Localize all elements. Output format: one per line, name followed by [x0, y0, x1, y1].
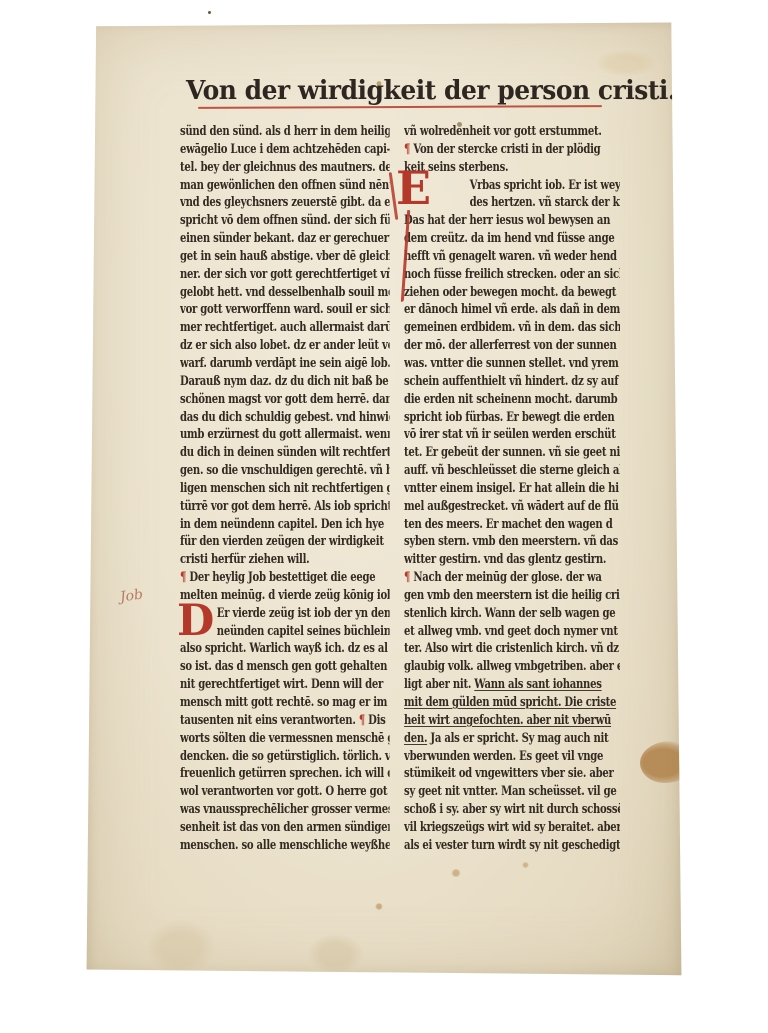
text-line: umb erzürnest du gott allermaist. wenn — [180, 425, 390, 443]
stain — [375, 903, 383, 910]
text-line: tel. bey der gleichnus des mautners. den — [180, 158, 390, 176]
text-line: worts sölten die vermessnen menschē ge — [180, 729, 390, 747]
text-line: glaubig volk. allweg vmbgetriben. aber e — [404, 657, 620, 675]
text-line: sy geet nit vntter. Man scheüsset. vil g… — [404, 782, 620, 800]
text-line: cristi herfür ziehen will. — [180, 550, 390, 568]
text-line: warf. darumb verdāpt ine sein aigē lob. — [180, 354, 390, 372]
text-line: spricht iob fürbas. Er bewegt die erden — [404, 408, 620, 426]
text-line: das du dich schuldig gebest. vnd hinwid — [180, 408, 390, 426]
text-line: den. Ja als er spricht. Sy mag auch nit — [404, 729, 620, 747]
text-line: gen vmb den meerstern ist die heilig cri — [404, 586, 620, 604]
text-line: tet. Er gebeüt der sunnen. vñ sie geet n… — [404, 443, 620, 461]
text-line: get in sein hauß abstige. vber dē gleich… — [180, 247, 390, 265]
text-line: stümikeit od vngewitters vber sie. aber — [404, 764, 620, 782]
text-column-right: vñ wolredenheit vor gott erstummet.¶ Von… — [404, 122, 620, 854]
text-line: einen sünder bekant. daz er gerechuerti- — [180, 229, 390, 247]
text-line: ¶ Nach der meinūg der glose. der wa — [404, 568, 620, 586]
text-line: hefft vñ genagelt waren. vñ weder hend — [404, 247, 620, 265]
stain — [146, 920, 216, 975]
text-line: ter. Also wirt die cristenlich kirch. vñ… — [404, 639, 620, 657]
text-line: mensch mitt gott rechtē. so mag er im vō — [180, 693, 390, 711]
text-line: du dich in deinen sünden wilt rechtferti — [180, 443, 390, 461]
text-line: als ei vester turn wirdt sy nit geschedi… — [404, 836, 620, 854]
text-line: noch füsse freilich strecken. oder an si… — [404, 265, 620, 283]
stain — [522, 862, 529, 868]
text-line: menschen. so alle menschliche weyßheit — [180, 836, 390, 854]
text-line: ¶ Der heylig Job bestettiget die eege — [180, 568, 390, 586]
text-line: witter gestirn. vnd das glentz gestirn. — [404, 550, 620, 568]
text-line: nit gerechtfertiget wirt. Denn will der — [180, 675, 390, 693]
text-line: so ist. das d mensch gen gott gehalten — [180, 657, 390, 675]
text-line: mer rechtfertiget. auch allermaist darūb… — [180, 318, 390, 336]
text-line: ten des meers. Er machet den wagen d — [404, 515, 620, 533]
text-line: wol verantworten vor gott. O herre got — [180, 782, 390, 800]
text-line: was. vntter die sunnen stellet. vnd yrem — [404, 354, 620, 372]
text-line: schoß i sy. aber sy wirt nit durch schos… — [404, 800, 620, 818]
paragraph-mark: ¶ — [404, 569, 410, 584]
text-line: dem creütz. da im hend vnd füsse ange — [404, 229, 620, 247]
text-line: tausenten nit eins verantworten. ¶ Dis — [180, 711, 390, 729]
text-line: freuenlich getürren sprechen. ich will d… — [180, 764, 390, 782]
text-line: syben stern. vmb den meerstern. vñ das — [404, 532, 620, 550]
text-line: die erden nit scheinenn mocht. darumb — [404, 390, 620, 408]
text-line: stenlich kirch. Wann der selb wagen ge — [404, 604, 620, 622]
text-line: in dem neündenn capitel. Den ich hye — [180, 515, 390, 533]
text-line: Vrbas spricht iob. Er ist weyse — [404, 176, 620, 194]
text-line: Das hat der herr iesus wol bewysen an — [404, 211, 620, 229]
text-line: ewāgelio Luce i dem achtzehēden capi- — [180, 140, 390, 158]
incunabulum-page: Von der wirdigkeit der person cristi. sü… — [86, 22, 682, 980]
text-line: Darauß nym daz. dz du dich nit baß be — [180, 372, 390, 390]
text-line: dencken. die so getürstiglich. törlich. … — [180, 747, 390, 765]
text-line: des hertzen. vñ starck der krefft. — [404, 193, 620, 211]
text-line: für den vierden zeügen der wirdigkeit — [180, 532, 390, 550]
marginal-note: Job — [119, 587, 144, 606]
text-line: sünd den sünd. als d herr in dem heiligē — [180, 122, 390, 140]
text-line: vñ wolredenheit vor gott erstummet. — [404, 122, 620, 140]
page-title: Von der wirdigkeit der person cristi. — [186, 76, 593, 106]
text-line: er dānoch himel vñ erde. als dañ in dem — [404, 300, 620, 318]
text-line: mel außgestrecket. vñ wādert auf de flü — [404, 497, 620, 515]
text-line: heit wirt angefochten. aber nit vberwū — [404, 711, 620, 729]
text-line: auff. vñ beschleüsset die sterne gleich … — [404, 461, 620, 479]
rubric-initial-d: D — [177, 603, 214, 639]
text-line: was vnaussprechēlicher grosser vermes — [180, 800, 390, 818]
text-line: türrē vor got dem herrē. Als iob spricht — [180, 497, 390, 515]
photo-speck — [208, 11, 211, 14]
text-line: vor gott verworffenn ward. souil er sich — [180, 300, 390, 318]
text-line: gemeinen erdbidem. vñ in dem. das sich — [404, 318, 620, 336]
paragraph-mark: ¶ — [359, 712, 365, 727]
text-line: keit seins sterbens. — [404, 158, 620, 176]
text-line: vnd des gleychsners zeuerstē gibt. da er — [180, 193, 390, 211]
text-line: spricht vō dem offnen sünd. der sich für — [180, 211, 390, 229]
paragraph-mark: ¶ — [404, 141, 410, 156]
text-line: schein auffenthielt vñ hindert. dz sy au… — [404, 372, 620, 390]
text-line: senheit ist das von den armen sündigen — [180, 818, 390, 836]
text-line: dz er sich also lobet. dz er ander leüt … — [180, 336, 390, 354]
text-column-left: sünd den sünd. als d herr in dem heiligē… — [180, 122, 390, 854]
text-line: vō irer stat vñ ir seülen werden erschüt — [404, 425, 620, 443]
stain — [308, 934, 363, 974]
text-line: ziehen oder bewegen mocht. da bewegt — [404, 283, 620, 301]
stain — [596, 50, 656, 76]
text-line: schönen magst vor gott dem herrē. dann — [180, 390, 390, 408]
stain — [640, 741, 694, 783]
text-line: ner. der sich vor gott gerechtfertiget v… — [180, 265, 390, 283]
text-line: vberwunden werden. Es geet vil vnge — [404, 747, 620, 765]
rubric-title-underline — [198, 105, 602, 109]
text-line: der mō. der allerferrest von der sunnen — [404, 336, 620, 354]
text-line: mit dem gülden mūd spricht. Die criste — [404, 693, 620, 711]
text-line: ¶ Von der stercke cristi in der plödig — [404, 140, 620, 158]
rubric-initial-e: E — [396, 168, 431, 208]
text-line: ligen menschen sich nit rechtfertigen ge — [180, 479, 390, 497]
text-line: ligt aber nit. Wann als sant iohannes — [404, 675, 620, 693]
text-line: vntter einem insigel. Er hat allein die … — [404, 479, 620, 497]
text-line: man gewönlichen den offnen sünd nēnt. — [180, 176, 390, 194]
text-line: gen. so die vnschuldigen gerechtē. vñ he… — [180, 461, 390, 479]
stain — [687, 761, 701, 773]
text-line: et allweg vmb. vnd geet doch nymer vnt — [404, 622, 620, 640]
text-line: gelobt hett. vnd desselbenhalb souil mer — [180, 283, 390, 301]
paragraph-mark: ¶ — [180, 569, 186, 584]
stain — [451, 869, 461, 877]
text-line: vil kriegszeügs wirt wid sy beraitet. ab… — [404, 818, 620, 836]
